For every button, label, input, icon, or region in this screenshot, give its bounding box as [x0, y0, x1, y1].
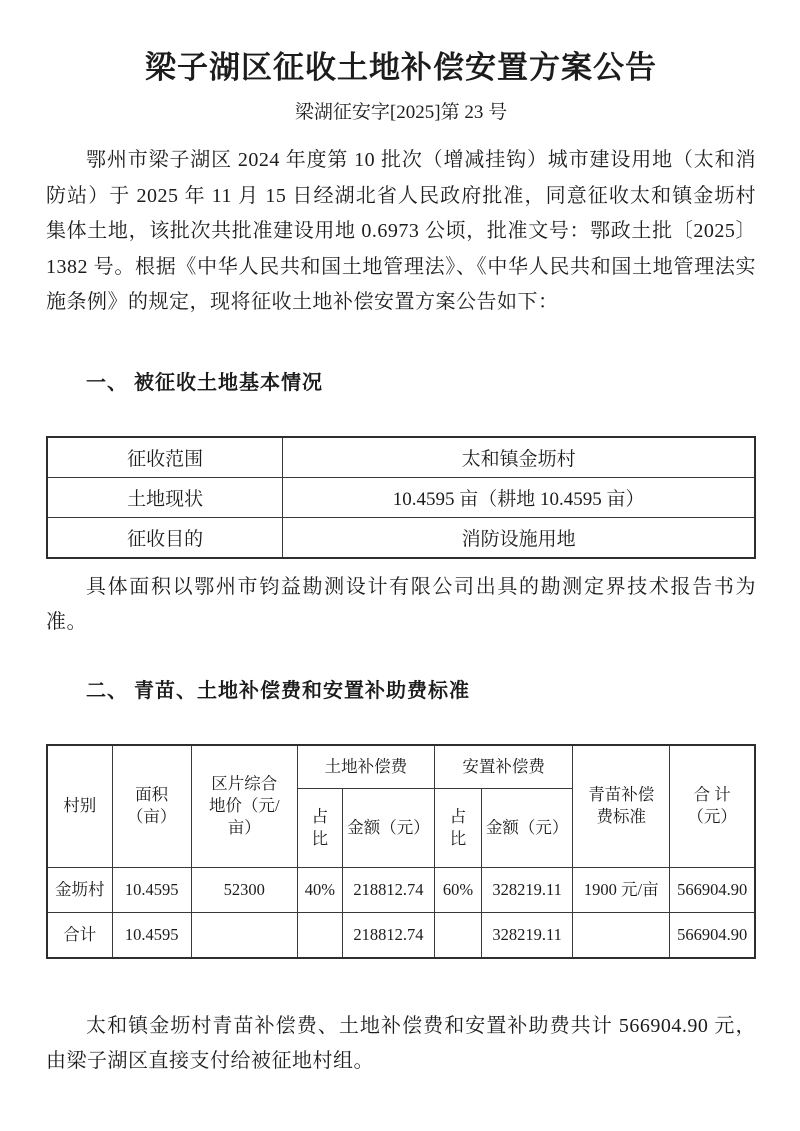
header-resettlement-group: 安置补偿费 — [435, 745, 573, 789]
header-village: 村别 — [47, 745, 112, 868]
document-page: 梁子湖区征收土地补偿安置方案公告 梁湖征安字[2025]第 23 号 鄂州市梁子… — [0, 0, 800, 1131]
header-zone-price: 区片综合 地价（元/ 亩） — [191, 745, 297, 868]
header-land-amount: 金额（元） — [342, 788, 434, 867]
cell-village: 金坜村 — [47, 867, 112, 912]
header-total: 合 计 （元） — [670, 745, 755, 868]
header-resettle-ratio: 占 比 — [435, 788, 482, 867]
table-row: 征收目的 消防设施用地 — [47, 517, 755, 558]
header-row-groups: 村别 面积 （亩） 区片综合 地价（元/ 亩） 土地补偿费 安置补偿费 青苗补偿… — [47, 745, 755, 789]
header-area: 面积 （亩） — [112, 745, 191, 868]
cell-total: 566904.90 — [670, 867, 755, 912]
compensation-standards-table: 村别 面积 （亩） 区片综合 地价（元/ 亩） 土地补偿费 安置补偿费 青苗补偿… — [46, 744, 756, 959]
cell-land-amount: 218812.74 — [342, 867, 434, 912]
table-row: 土地现状 10.4595 亩（耕地 10.4595 亩） — [47, 477, 755, 517]
header-seedling: 青苗补偿 费标准 — [573, 745, 670, 868]
document-title: 梁子湖区征收土地补偿安置方案公告 — [46, 46, 756, 90]
cell-area-total: 10.4595 — [112, 912, 191, 958]
cell-zone-price-total — [191, 912, 297, 958]
table-row-village: 金坜村 10.4595 52300 40% 218812.74 60% 3282… — [47, 867, 755, 912]
row-value-scope: 太和镇金坜村 — [283, 437, 755, 478]
table-row-total: 合计 10.4595 218812.74 328219.11 566904.90 — [47, 912, 755, 958]
row-label-scope: 征收范围 — [47, 437, 283, 478]
section-2-heading: 二、 青苗、土地补偿费和安置补助费标准 — [46, 678, 756, 704]
row-value-status: 10.4595 亩（耕地 10.4595 亩） — [283, 477, 755, 517]
summary-paragraph: 太和镇金坜村青苗补偿费、土地补偿费和安置补助费共计 566904.90 元，由梁… — [46, 1009, 756, 1080]
table-row: 征收范围 太和镇金坜村 — [47, 437, 755, 478]
survey-note-paragraph: 具体面积以鄂州市钧益勘测设计有限公司出具的勘测定界技术报告书为准。 — [46, 570, 756, 641]
header-resettle-amount: 金额（元） — [482, 788, 573, 867]
cell-area: 10.4595 — [112, 867, 191, 912]
cell-land-ratio-total — [297, 912, 342, 958]
row-value-purpose: 消防设施用地 — [283, 517, 755, 558]
cell-total-total: 566904.90 — [670, 912, 755, 958]
cell-resettle-amount-total: 328219.11 — [482, 912, 573, 958]
header-land-compensation-group: 土地补偿费 — [297, 745, 434, 789]
row-label-purpose: 征收目的 — [47, 517, 283, 558]
document-number: 梁湖征安字[2025]第 23 号 — [46, 100, 756, 126]
cell-zone-price: 52300 — [191, 867, 297, 912]
cell-resettle-ratio: 60% — [435, 867, 482, 912]
header-land-ratio: 占 比 — [297, 788, 342, 867]
cell-resettle-ratio-total — [435, 912, 482, 958]
section-1-heading: 一、 被征收土地基本情况 — [46, 370, 756, 396]
row-label-status: 土地现状 — [47, 477, 283, 517]
cell-land-ratio: 40% — [297, 867, 342, 912]
land-basic-info-table: 征收范围 太和镇金坜村 土地现状 10.4595 亩（耕地 10.4595 亩）… — [46, 436, 756, 559]
cell-land-amount-total: 218812.74 — [342, 912, 434, 958]
cell-resettle-amount: 328219.11 — [482, 867, 573, 912]
cell-village-total: 合计 — [47, 912, 112, 958]
cell-seedling-total — [573, 912, 670, 958]
intro-paragraph: 鄂州市梁子湖区 2024 年度第 10 批次（增减挂钩）城市建设用地（太和消防站… — [46, 143, 756, 321]
cell-seedling: 1900 元/亩 — [573, 867, 670, 912]
